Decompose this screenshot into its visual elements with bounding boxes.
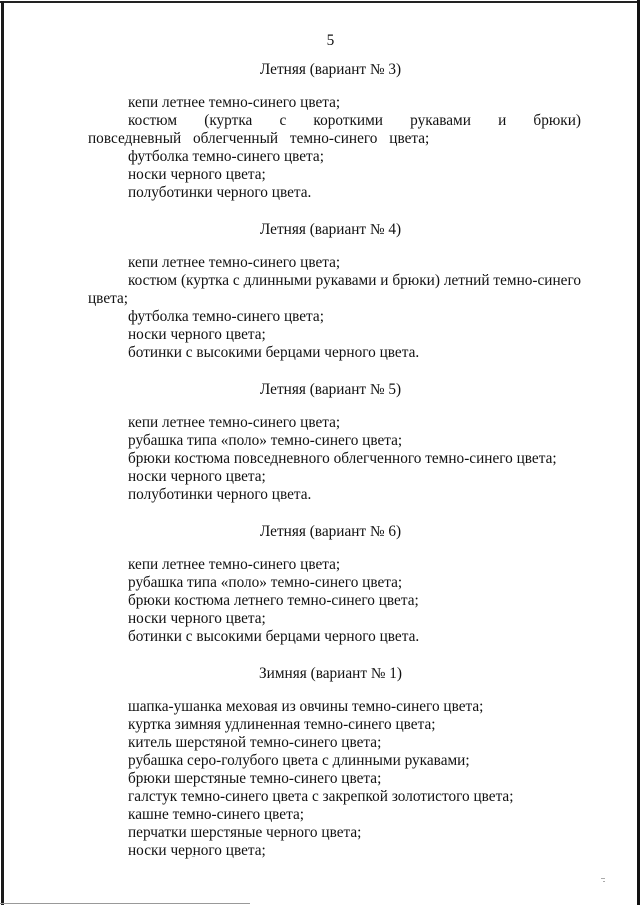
list-item: китель шерстяной темно-синего цвета; [88,734,581,752]
section-summer-6: Летняя (вариант № 6) кепи летнее темно-с… [88,523,581,646]
list-item: костюм (куртка с длинными рукавами и брю… [88,272,581,308]
list-item: носки черного цвета; [88,166,581,184]
document-page: 5 Летняя (вариант № 3) кепи летнее темно… [0,0,640,905]
list-item: ботинки с высокими берцами черного цвета… [88,344,581,362]
section-summer-4: Летняя (вариант № 4) кепи летнее темно-с… [88,221,581,362]
list-item: носки черного цвета; [88,610,581,628]
list-item: футболка темно-синего цвета; [88,308,581,326]
scan-edge-bottom [0,903,250,904]
list-item: кашне темно-синего цвета; [88,806,581,824]
list-item: костюм (куртка с короткими рукавами и бр… [88,112,581,148]
item-list: кепи летнее темно-синего цвета; рубашка … [88,556,581,646]
list-item: полуботинки черного цвета. [88,184,581,202]
list-item: галстук темно-синего цвета с закрепкой з… [88,788,581,806]
section-summer-5: Летняя (вариант № 5) кепи летнее темно-с… [88,381,581,504]
list-item: брюки костюма летнего темно-синего цвета… [88,592,581,610]
scan-speck [601,878,605,879]
list-item: носки черного цвета; [88,326,581,344]
item-list: кепи летнее темно-синего цвета; костюм (… [88,94,581,202]
section-title: Летняя (вариант № 5) [84,381,577,399]
item-list: кепи летнее темно-синего цвета; рубашка … [88,414,581,504]
scan-edge-top [0,1,640,3]
list-item: рубашка серо-голубого цвета с длинными р… [88,752,581,770]
list-item: перчатки шерстяные черного цвета; [88,824,581,842]
list-item: рубашка типа «поло» темно-синего цвета; [88,574,581,592]
list-item: кепи летнее темно-синего цвета; [88,414,581,432]
list-item: полуботинки черного цвета. [88,486,581,504]
section-title: Летняя (вариант № 6) [84,523,577,541]
list-item: ботинки с высокими берцами черного цвета… [88,628,581,646]
section-title: Зимняя (вариант № 1) [84,665,577,683]
section-winter-1: Зимняя (вариант № 1) шапка-ушанка мехова… [88,665,581,860]
scan-speck [603,881,605,882]
section-title: Летняя (вариант № 3) [84,61,577,79]
section-title: Летняя (вариант № 4) [84,221,577,239]
list-item: футболка темно-синего цвета; [88,148,581,166]
item-list: шапка-ушанка меховая из овчины темно-син… [88,698,581,860]
list-item: куртка зимняя удлиненная темно-синего цв… [88,716,581,734]
page-number: 5 [84,32,577,50]
list-item: брюки костюма повседневного облегченного… [88,450,581,468]
list-item: кепи летнее темно-синего цвета; [88,94,581,112]
list-item: носки черного цвета; [88,842,581,860]
section-summer-3: Летняя (вариант № 3) кепи летнее темно-с… [88,61,581,202]
list-item: рубашка типа «поло» темно-синего цвета; [88,432,581,450]
list-item: шапка-ушанка меховая из овчины темно-син… [88,698,581,716]
list-item: кепи летнее темно-синего цвета; [88,556,581,574]
item-list: кепи летнее темно-синего цвета; костюм (… [88,254,581,362]
list-item: кепи летнее темно-синего цвета; [88,254,581,272]
scan-edge-left [1,1,4,905]
document-body: 5 Летняя (вариант № 3) кепи летнее темно… [88,32,581,860]
list-item: брюки шерстяные темно-синего цвета; [88,770,581,788]
list-item: носки черного цвета; [88,468,581,486]
